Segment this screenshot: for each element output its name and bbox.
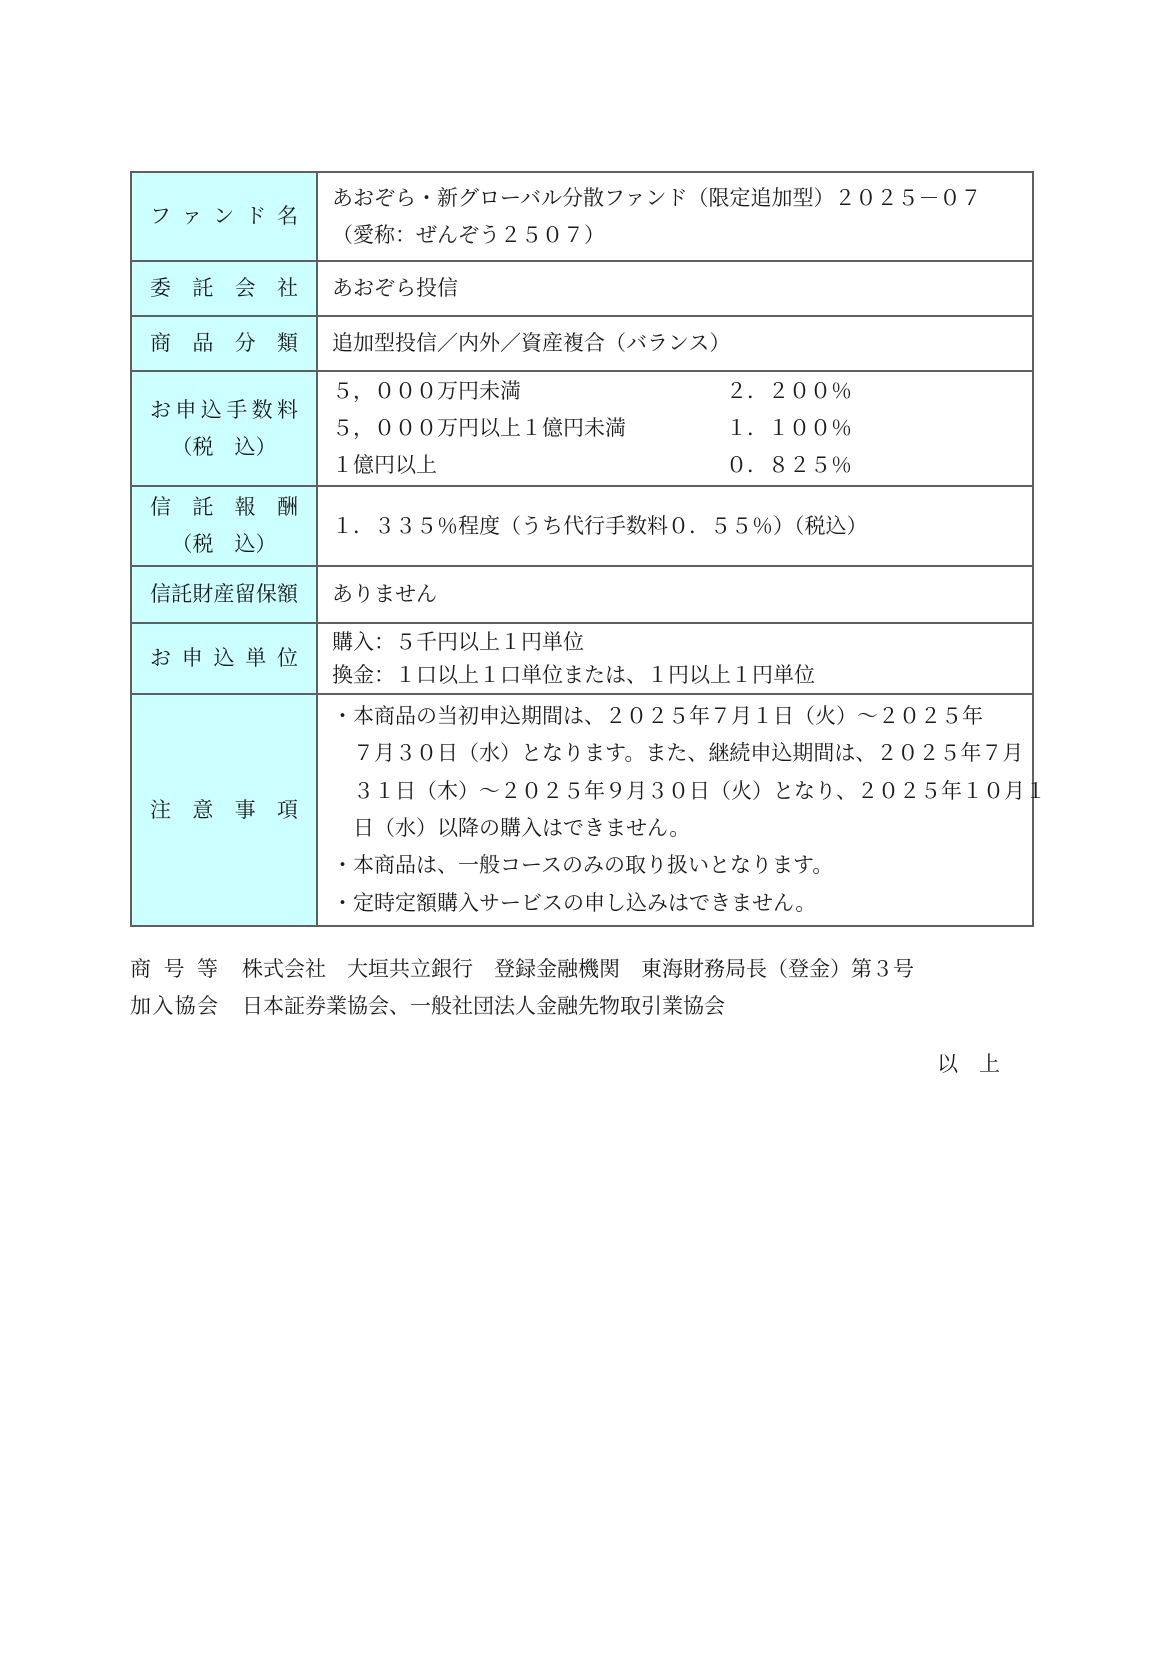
retention-value-cell: ありません [318,567,1032,622]
category-label: 商品分類 [150,325,298,362]
notes-label: 注意事項 [150,792,298,829]
trust-fee-label: 信託報酬 [150,489,298,526]
retention-label: 信託財産留保額 [150,576,298,613]
note-line: 日（水）以降の購入はできません。 [332,810,1046,847]
fund-name-value-line2: （愛称：ぜんぞう２５０７） [332,217,1020,254]
document-page: ファンド名 あおぞら・新グローバル分散ファンド（限定追加型）２０２５－０７ （愛… [0,0,1170,1654]
association-label: 加入協会 [130,988,218,1025]
fund-info-table: ファンド名 あおぞら・新グローバル分散ファンド（限定追加型）２０２５－０７ （愛… [130,171,1034,927]
table-row-category: 商品分類 追加型投信／内外／資産複合（バランス） [132,317,1032,372]
fund-name-value-line1: あおぞら・新グローバル分散ファンド（限定追加型）２０２５－０７ [332,180,1020,217]
fee-tier-range: ５，０００万円未満 [332,373,726,410]
trust-fee-label-cell: 信託報酬 （税 込） [132,487,318,565]
table-row-retention: 信託財産留保額 ありません [132,567,1032,624]
unit-purchase: 購入：５千円以上１円単位 [332,626,1020,659]
application-fee-label: お申込手数料 [150,392,298,429]
fee-tier-rate: ０．８２５％ [726,447,852,484]
closing-mark: 以 上 [130,1046,1000,1083]
table-row-fund-name: ファンド名 あおぞら・新グローバル分散ファンド（限定追加型）２０２５－０７ （愛… [132,173,1032,262]
retention-value: ありません [332,576,1020,613]
note-line: ・本商品の当初申込期間は、２０２５年７月１日（火）～２０２５年 [332,698,1046,735]
trade-name-text: 株式会社 大垣共立銀行 登録金融機関 東海財務局長（登金）第３号 [242,951,914,988]
association-line: 加入協会 日本証券業協会、一般社団法人金融先物取引業協会 [130,988,914,1025]
association-text: 日本証券業協会、一般社団法人金融先物取引業協会 [242,988,725,1025]
note-line: ３１日（木）～２０２５年９月３０日（火）となり、２０２５年１０月１ [332,773,1046,810]
fee-tier-range: １億円以上 [332,447,726,484]
retention-label-cell: 信託財産留保額 [132,567,318,622]
unit-label: お申込単位 [150,640,298,677]
table-row-notes: 注意事項 ・本商品の当初申込期間は、２０２５年７月１日（火）～２０２５年 ７月３… [132,695,1032,925]
table-row-trust-fee: 信託報酬 （税 込） １．３３５％程度（うち代行手数料０．５５％）（税込） [132,487,1032,567]
category-value: 追加型投信／内外／資産複合（バランス） [332,325,1020,362]
fund-name-value-cell: あおぞら・新グローバル分散ファンド（限定追加型）２０２５－０７ （愛称：ぜんぞう… [318,173,1032,260]
table-row-trustee: 委託会社 あおぞら投信 [132,262,1032,317]
trustee-label: 委託会社 [150,270,298,307]
fee-tier-row: ５，０００万円以上１億円未満 １．１００％ [332,410,1020,447]
fee-tier-rate: ２．２００％ [726,373,852,410]
category-value-cell: 追加型投信／内外／資産複合（バランス） [318,317,1032,370]
registration-footer: 商号等 株式会社 大垣共立銀行 登録金融機関 東海財務局長（登金）第３号 加入協… [130,951,914,1025]
trustee-value: あおぞら投信 [332,270,1020,307]
trust-fee-value: １．３３５％程度（うち代行手数料０．５５％）（税込） [332,508,1020,545]
unit-redemption: 換金：１口以上１口単位または、１円以上１円単位 [332,659,1020,692]
trade-name-label: 商号等 [130,951,218,988]
application-fee-value-cell: ５，０００万円未満 ２．２００％ ５，０００万円以上１億円未満 １．１００％ １… [318,372,1032,485]
notes-value-cell: ・本商品の当初申込期間は、２０２５年７月１日（火）～２０２５年 ７月３０日（水）… [318,695,1058,925]
fee-tier-range: ５，０００万円以上１億円未満 [332,410,726,447]
table-row-unit: お申込単位 購入：５千円以上１円単位 換金：１口以上１口単位または、１円以上１円… [132,624,1032,695]
fee-tier-row: ５，０００万円未満 ２．２００％ [332,373,1020,410]
fee-tier-row: １億円以上 ０．８２５％ [332,447,1020,484]
table-row-application-fee: お申込手数料 （税 込） ５，０００万円未満 ２．２００％ ５，０００万円以上１… [132,372,1032,487]
trustee-label-cell: 委託会社 [132,262,318,315]
fee-tier-rate: １．１００％ [726,410,852,447]
trade-name-line: 商号等 株式会社 大垣共立銀行 登録金融機関 東海財務局長（登金）第３号 [130,951,914,988]
note-line: ７月３０日（水）となります。また、継続申込期間は、２０２５年７月 [332,735,1046,772]
application-fee-label-cell: お申込手数料 （税 込） [132,372,318,485]
fund-name-label: ファンド名 [150,198,298,235]
notes-label-cell: 注意事項 [132,695,318,925]
trust-fee-label-tax: （税 込） [150,526,298,563]
unit-label-cell: お申込単位 [132,624,318,693]
fund-name-label-cell: ファンド名 [132,173,318,260]
trust-fee-value-cell: １．３３５％程度（うち代行手数料０．５５％）（税込） [318,487,1032,565]
unit-value-cell: 購入：５千円以上１円単位 換金：１口以上１口単位または、１円以上１円単位 [318,624,1032,693]
note-line: ・定時定額購入サービスの申し込みはできません。 [332,885,1046,922]
category-label-cell: 商品分類 [132,317,318,370]
application-fee-label-tax: （税 込） [150,429,298,466]
trustee-value-cell: あおぞら投信 [318,262,1032,315]
note-line: ・本商品は、一般コースのみの取り扱いとなります。 [332,847,1046,884]
